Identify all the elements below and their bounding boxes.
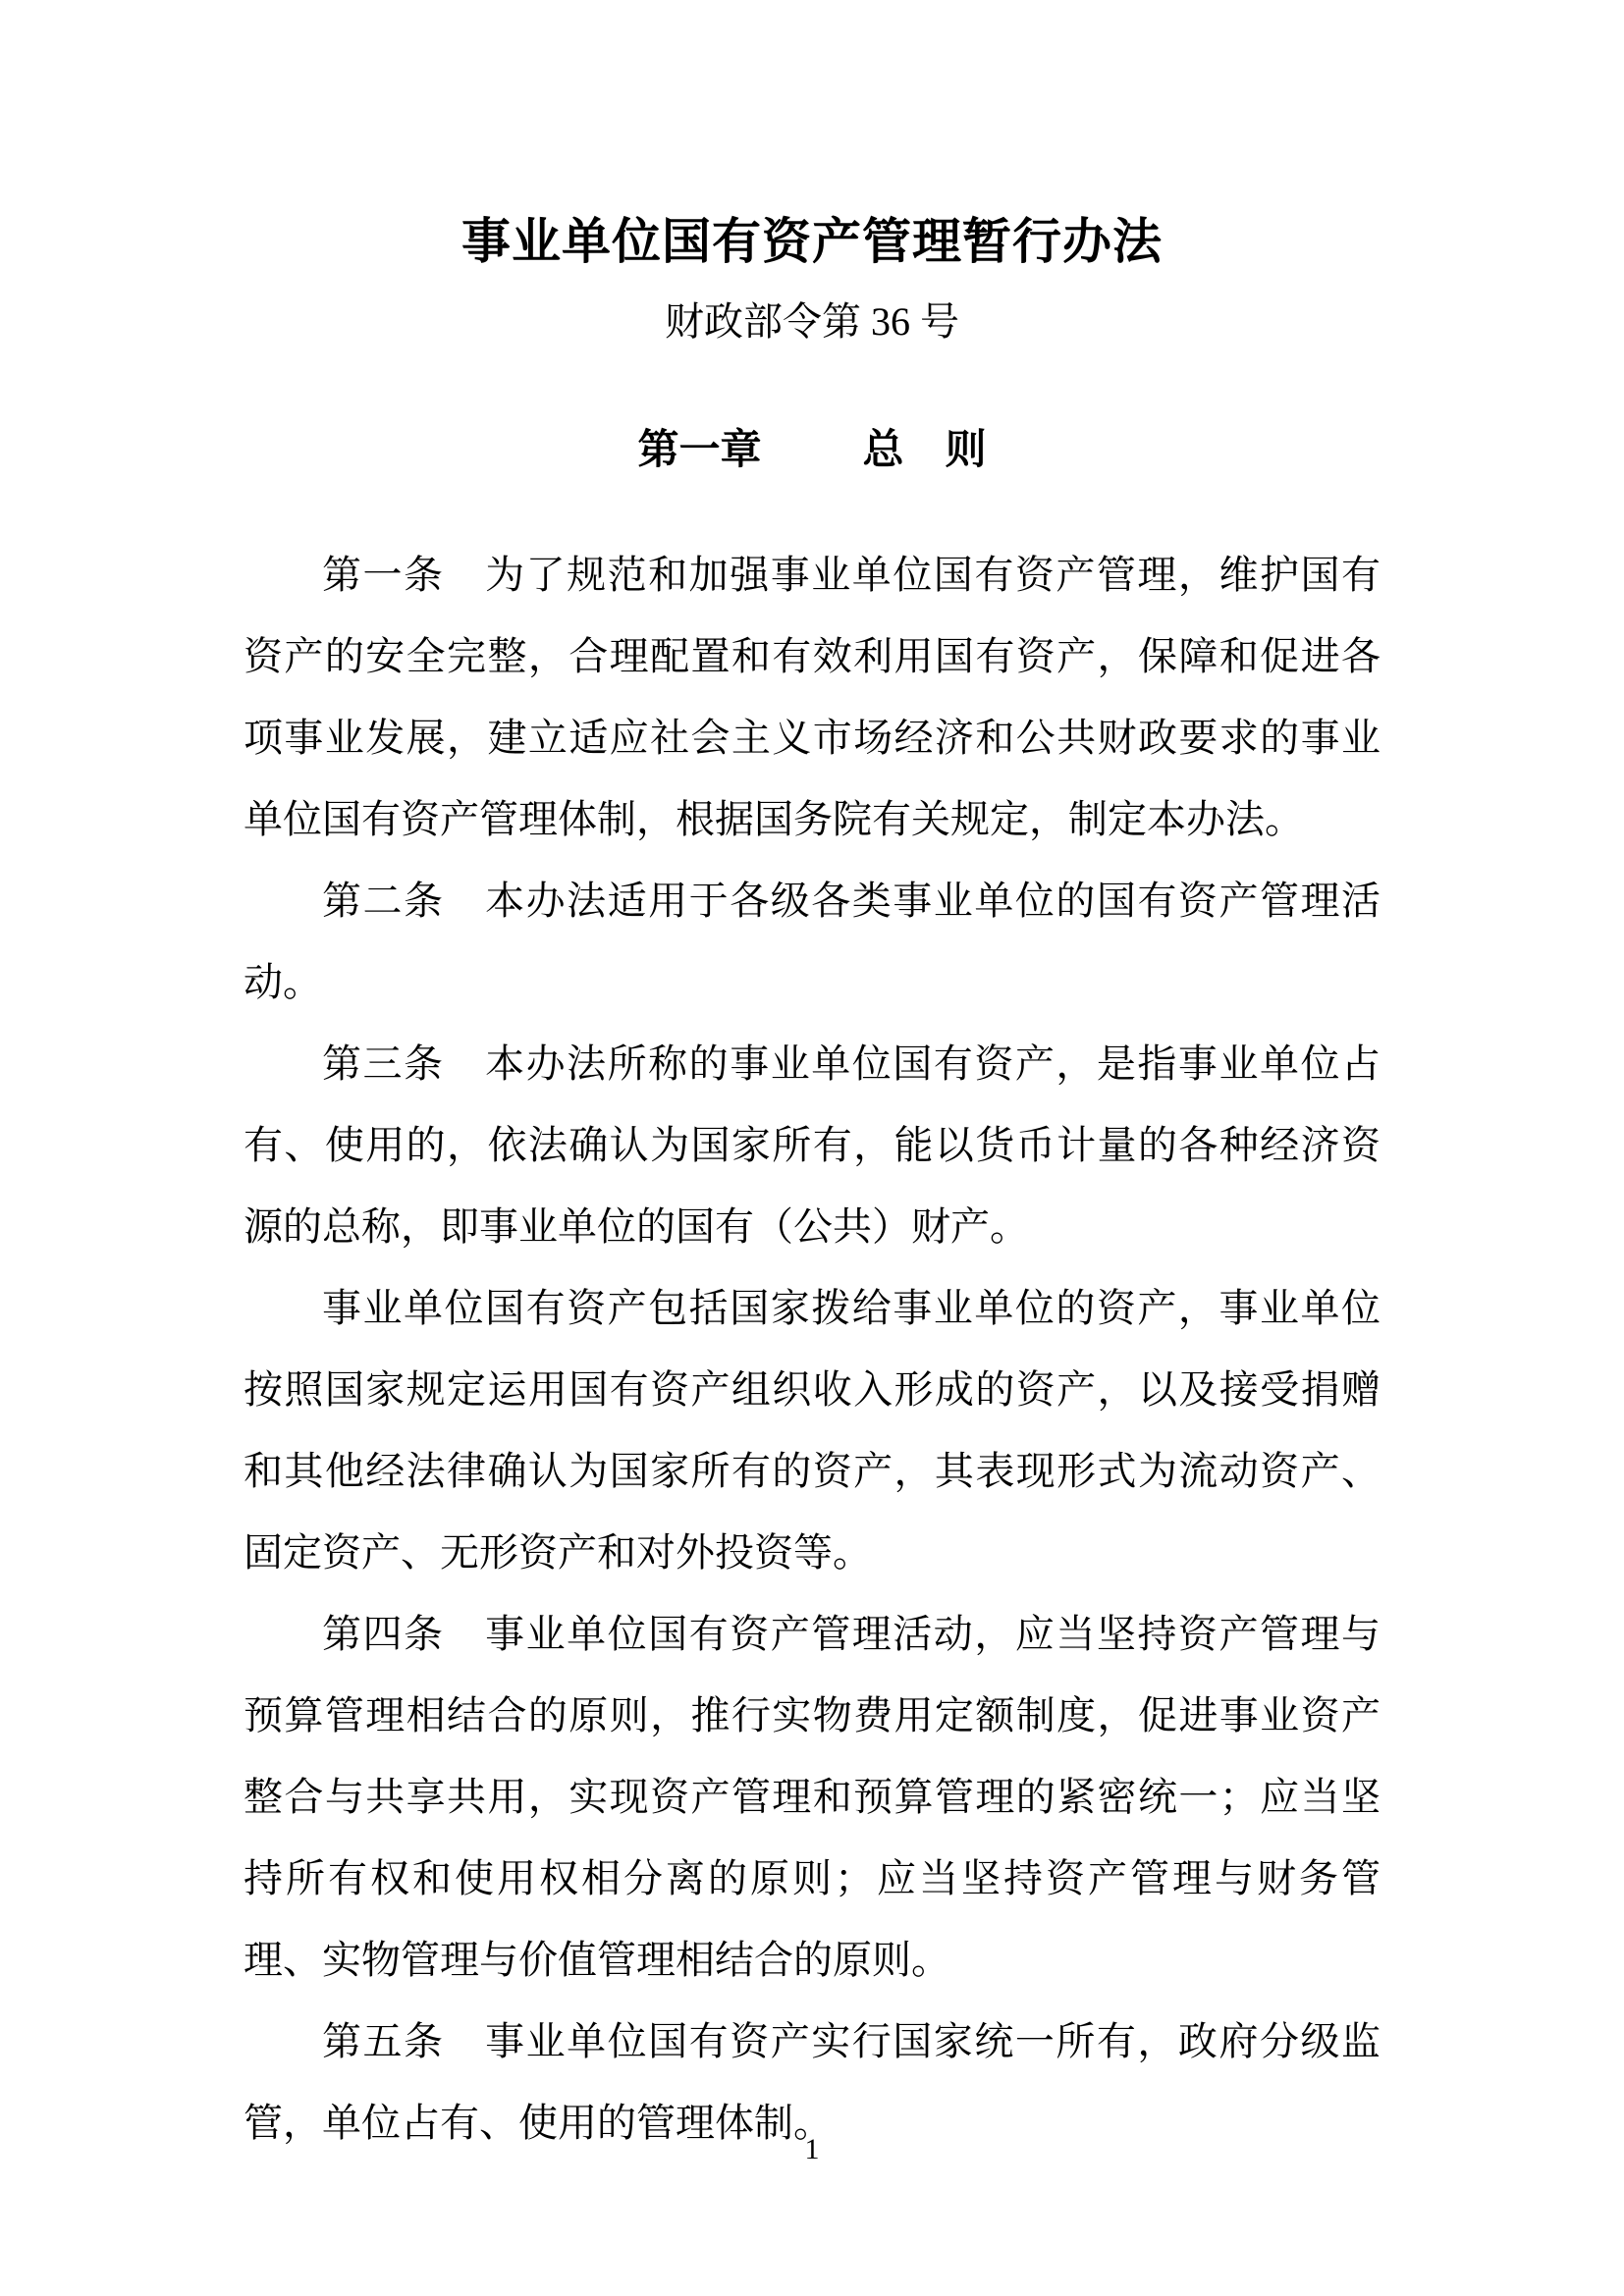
document-body: 第一条 为了规范和加强事业单位国有资产管理，维护国有资产的安全完整，合理配置和有… [244,534,1380,2163]
paragraph-article-4: 第四条 事业单位国有资产管理活动，应当坚持资产管理与预算管理相结合的原则，推行实… [244,1593,1380,2001]
paragraph-article-3: 第三条 本办法所称的事业单位国有资产，是指事业单位占有、使用的，依法确认为国家所… [244,1023,1380,1267]
paragraph-article-3-continued: 事业单位国有资产包括国家拨给事业单位的资产，事业单位按照国家规定运用国有资产组织… [244,1267,1380,1593]
chapter-title: 总 则 [862,428,986,473]
page-number: 1 [0,2132,1624,2167]
document-subtitle: 财政部令第 36 号 [244,298,1380,346]
chapter-number: 第一章 [638,428,762,473]
paragraph-article-1: 第一条 为了规范和加强事业单位国有资产管理，维护国有资产的安全完整，合理配置和有… [244,534,1380,860]
document-page: 事业单位国有资产管理暂行办法 财政部令第 36 号 第一章 总 则 第一条 为了… [0,0,1624,2296]
paragraph-article-2: 第二条 本办法适用于各级各类事业单位的国有资产管理活动。 [244,860,1380,1023]
document-content: 事业单位国有资产管理暂行办法 财政部令第 36 号 第一章 总 则 第一条 为了… [0,0,1624,2163]
chapter-heading: 第一章 总 则 [244,426,1380,475]
document-title: 事业单位国有资产管理暂行办法 [244,214,1380,269]
